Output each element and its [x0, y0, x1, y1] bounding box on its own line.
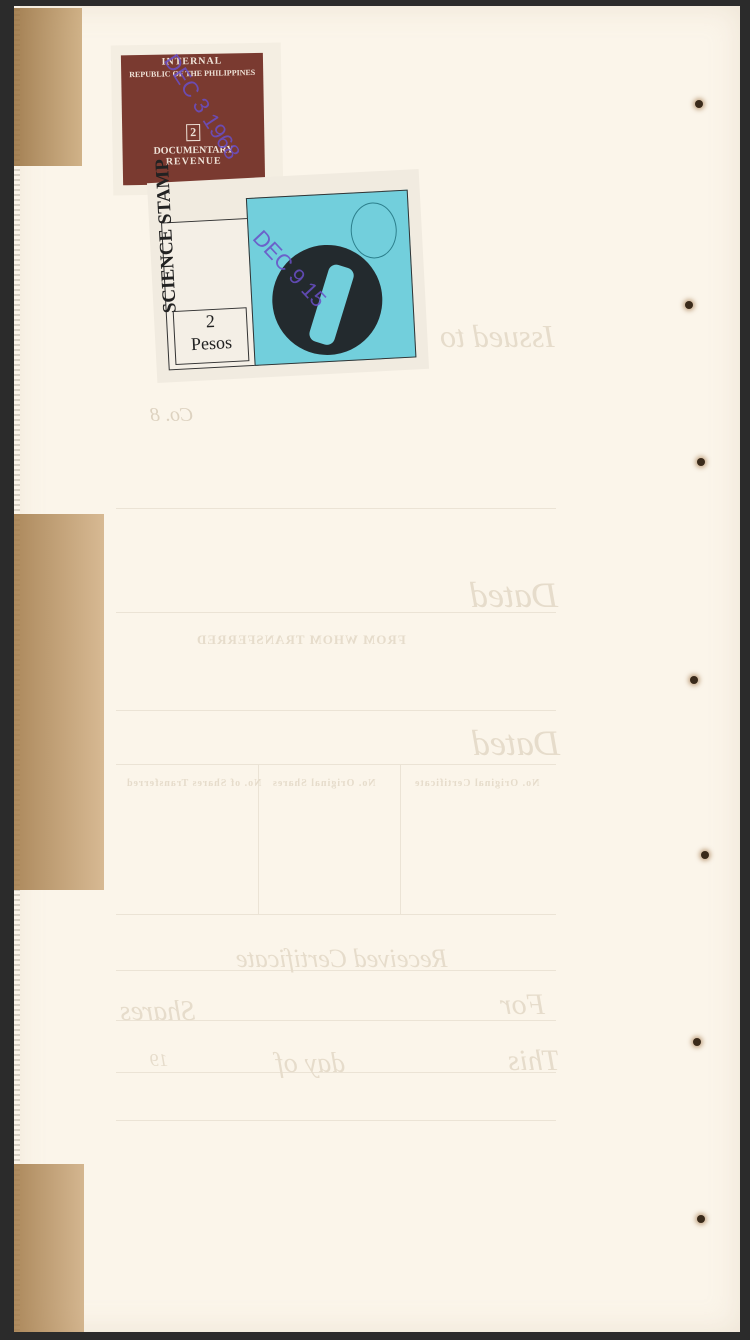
handwritten-note: Co. 8	[150, 404, 193, 427]
revenue-stamp: INTERNAL REPUBLIC OF THE PHILIPPINES 2 D…	[111, 43, 284, 196]
binder-hole	[693, 1038, 701, 1046]
form-line	[116, 764, 556, 765]
bleed-year: 19	[150, 1050, 168, 1071]
tape-strip-top	[14, 8, 82, 166]
binder-hole	[690, 676, 698, 684]
bleed-for: For	[500, 988, 545, 1022]
bleed-from-whom: FROM WHOM TRANSFERRED	[196, 632, 406, 648]
form-line	[116, 508, 556, 509]
bleed-dated-1: Dated	[470, 574, 558, 616]
bleed-day-of: day of	[276, 1048, 345, 1080]
tape-strip-middle	[14, 514, 104, 890]
form-line	[116, 914, 556, 915]
column-divider	[400, 764, 401, 914]
binder-hole	[701, 851, 709, 859]
revenue-stamp-footer: REVENUE	[123, 155, 265, 168]
bleed-issued-to: Issued to	[440, 318, 555, 355]
science-stamp-label-panel: SCIENCE STAMP 2 Pesos	[161, 218, 259, 371]
bleed-this: This	[508, 1044, 560, 1078]
binder-hole	[685, 301, 693, 309]
binder-hole	[697, 458, 705, 466]
science-stamp: SCIENCE STAMP 2 Pesos DEC 9 15	[147, 169, 429, 383]
revenue-stamp-header: INTERNAL	[121, 55, 263, 68]
binder-hole	[697, 1215, 705, 1223]
bleed-col-transferred: No. of Shares Transferred	[126, 778, 261, 789]
science-stamp-value: 2 Pesos	[173, 307, 250, 365]
form-line	[116, 1120, 556, 1121]
science-stamp-artwork	[246, 190, 417, 366]
nsdb-seal-icon	[349, 201, 398, 259]
science-stamp-value-unit: Pesos	[175, 330, 248, 356]
bleed-dated-2: Dated	[472, 722, 560, 764]
science-stamp-title: SCIENCE STAMP	[158, 249, 251, 314]
tape-strip-bottom	[14, 1164, 84, 1332]
bleed-received: Received Certificate	[236, 944, 448, 974]
form-line	[116, 710, 556, 711]
binder-hole	[695, 100, 703, 108]
bleed-col-original-cert: No. Original Certificate	[414, 778, 539, 789]
bleed-col-original-shares: No. Original Shares	[272, 778, 376, 789]
bleed-shares: Shares	[120, 996, 195, 1028]
